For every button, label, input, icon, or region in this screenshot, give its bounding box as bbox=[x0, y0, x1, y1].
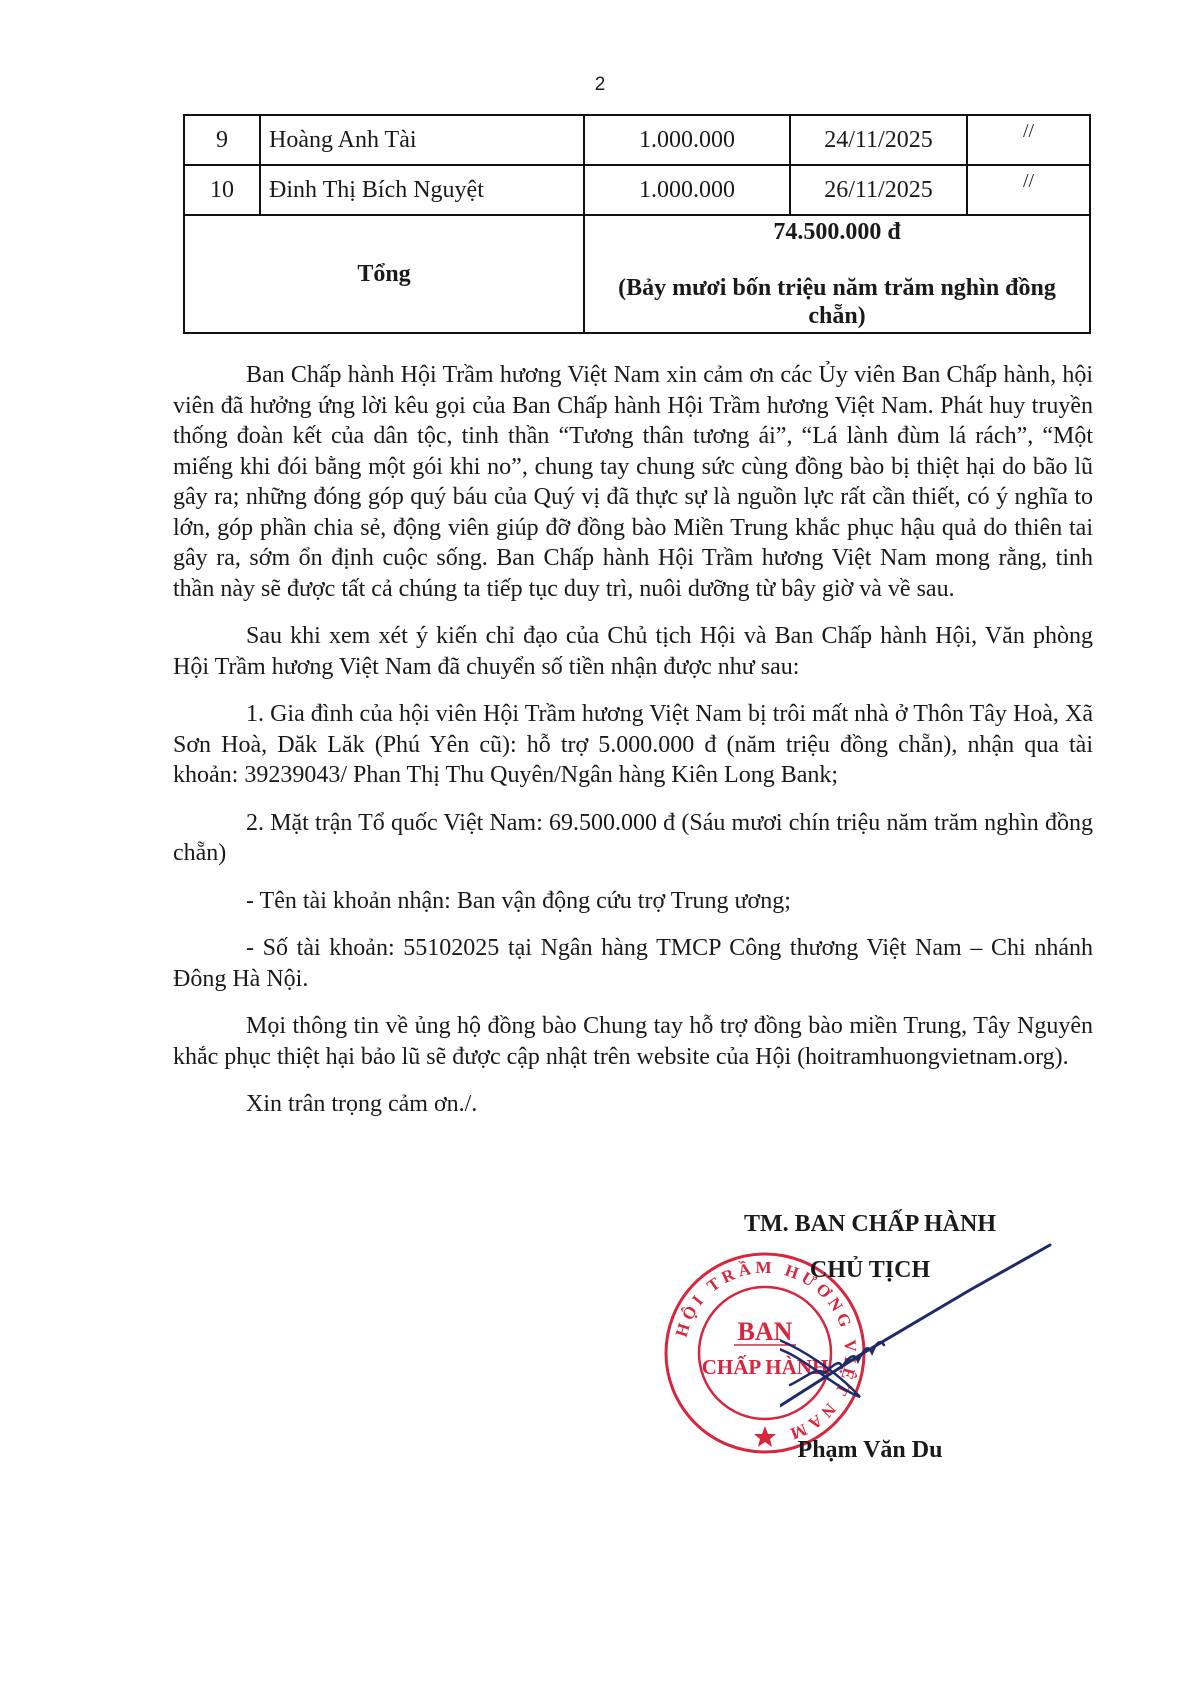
row-index: 9 bbox=[184, 115, 260, 165]
letter-body: Ban Chấp hành Hội Trầm hương Việt Nam xi… bbox=[173, 360, 1093, 1137]
page-number: 2 bbox=[0, 74, 1200, 96]
paragraph-transfer-1: 1. Gia đình của hội viên Hội Trầm hương … bbox=[173, 699, 1093, 791]
total-row: Tổng 74.500.000 đ (Bảy mươi bốn triệu nă… bbox=[184, 215, 1090, 333]
paragraph-website: Mọi thông tin về ủng hộ đồng bào Chung t… bbox=[173, 1011, 1093, 1072]
donation-amount: 1.000.000 bbox=[584, 165, 790, 215]
total-amount-words: (Bảy mươi bốn triệu năm trăm nghìn đồng … bbox=[589, 274, 1085, 330]
paragraph-transfer-2: 2. Mặt trận Tổ quốc Việt Nam: 69.500.000… bbox=[173, 808, 1093, 869]
table-row: 10 Đinh Thị Bích Nguyệt 1.000.000 26/11/… bbox=[184, 165, 1090, 215]
signature-org: TM. BAN CHẤP HÀNH bbox=[640, 1211, 1100, 1238]
paragraph-thanks: Ban Chấp hành Hội Trầm hương Việt Nam xi… bbox=[173, 360, 1093, 604]
signer-name: Phạm Văn Du bbox=[640, 1437, 1100, 1464]
table-row: 9 Hoàng Anh Tài 1.000.000 24/11/2025 // bbox=[184, 115, 1090, 165]
paragraph-account-name: - Tên tài khoản nhận: Ban vận động cứu t… bbox=[173, 886, 1093, 917]
row-index: 10 bbox=[184, 165, 260, 215]
total-value: 74.500.000 đ (Bảy mươi bốn triệu năm tră… bbox=[584, 215, 1090, 333]
paragraph-closing: Xin trân trọng cảm ơn./. bbox=[173, 1089, 1093, 1120]
donation-table: 9 Hoàng Anh Tài 1.000.000 24/11/2025 // … bbox=[183, 114, 1091, 334]
total-amount: 74.500.000 đ bbox=[589, 218, 1085, 246]
donation-date: 26/11/2025 bbox=[790, 165, 967, 215]
donor-name: Đinh Thị Bích Nguyệt bbox=[260, 165, 584, 215]
donation-date: 24/11/2025 bbox=[790, 115, 967, 165]
donation-amount: 1.000.000 bbox=[584, 115, 790, 165]
paragraph-account-number: - Số tài khoản: 55102025 tại Ngân hàng T… bbox=[173, 933, 1093, 994]
total-label: Tổng bbox=[184, 215, 584, 333]
donation-note: // bbox=[967, 115, 1090, 165]
handwritten-signature-icon bbox=[780, 1235, 1110, 1445]
paragraph-transfer-intro: Sau khi xem xét ý kiến chỉ đạo của Chủ t… bbox=[173, 621, 1093, 682]
donor-name: Hoàng Anh Tài bbox=[260, 115, 584, 165]
donation-note: // bbox=[967, 165, 1090, 215]
